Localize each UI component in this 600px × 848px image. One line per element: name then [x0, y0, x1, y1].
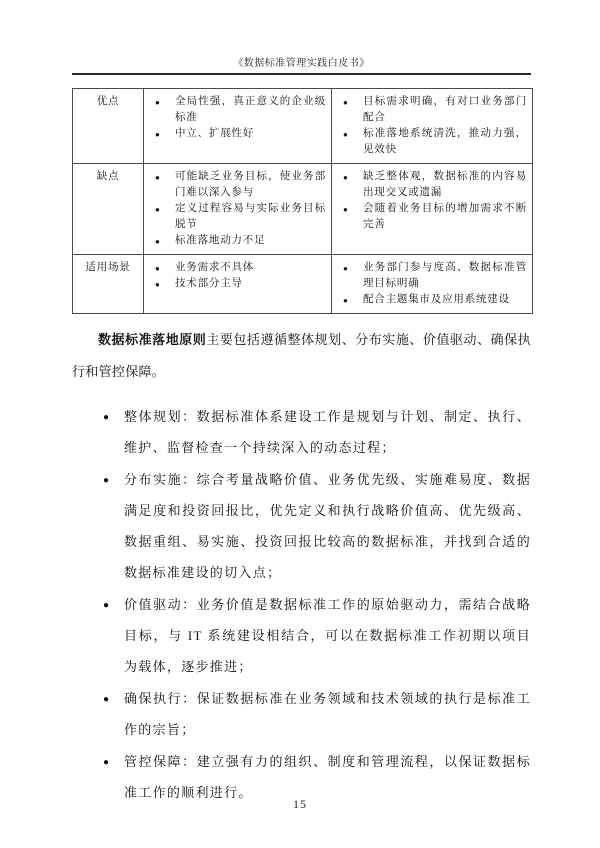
list-item-text: 整体规划：数据标准体系建设工作是规划与计划、制定、执行、维护、监督检查一个持续深… [124, 409, 531, 455]
bullet-icon: ● [155, 234, 160, 250]
intro-paragraph: 数据标准落地原则主要包括遵循整体规划、分布实施、价值驱动、确保执行和管控保障。 [72, 324, 531, 388]
principles-list: ●整体规划：数据标准体系建设工作是规划与计划、制定、执行、维护、监督检查一个持续… [72, 401, 531, 808]
bullet-icon: ● [103, 590, 109, 621]
bullet-item: ●标准落地动力不足 [144, 233, 331, 249]
page-header: 《数据标准管理实践白皮书》 [72, 54, 531, 75]
bullet-text: 技术部分主导 [175, 278, 243, 289]
table-row: 缺点 ●可能缺乏业务目标，使业务部门难以深入参与 ●定义过程容易与实际业务目标脱… [73, 164, 533, 255]
table-cell: ●可能缺乏业务目标，使业务部门难以深入参与 ●定义过程容易与实际业务目标脱节 ●… [144, 164, 332, 255]
bullet-icon: ● [155, 95, 160, 111]
table-row: 优点 ●全局性强，真正意义的企业级标准 ●中立、扩展性好 ●目标需求明确，有对口… [73, 89, 533, 164]
table-cell: ●目标需求明确，有对口业务部门配合 ●标准落地系统清洗，推动力强，见效快 [332, 89, 533, 164]
bullet-icon: ● [103, 684, 109, 715]
list-item: ●价值驱动：业务价值是数据标准工作的原始驱动力，需结合战略目标，与 IT 系统建… [72, 589, 531, 682]
bullet-text: 目标需求明确，有对口业务部门配合 [363, 96, 527, 123]
bullet-icon: ● [343, 202, 348, 218]
list-item-text: 价值驱动：业务价值是数据标准工作的原始驱动力，需结合战略目标，与 IT 系统建设… [124, 597, 531, 674]
bullet-text: 全局性强，真正意义的企业级标准 [175, 96, 326, 123]
bullet-icon: ● [155, 202, 160, 218]
bullet-item: ●目标需求明确，有对口业务部门配合 [332, 94, 532, 126]
table-cell: ●缺乏整体观，数据标准的内容易出现交叉或遗漏 ●会随着业务目标的增加需求不断完善 [332, 164, 533, 255]
bullet-item: ●缺乏整体观，数据标准的内容易出现交叉或遗漏 [332, 169, 532, 201]
bullet-text: 定义过程容易与实际业务目标脱节 [175, 203, 326, 230]
bullet-text: 配合主题集市及应用系统建设 [363, 294, 510, 305]
bullet-item: ●中立、扩展性好 [144, 126, 331, 142]
page-number: 15 [0, 797, 600, 812]
bullet-text: 标准落地动力不足 [175, 235, 265, 246]
bullet-item: ●全局性强，真正意义的企业级标准 [144, 94, 331, 126]
bullet-item: ●业务需求不具体 [144, 260, 331, 276]
bullet-icon: ● [343, 293, 348, 309]
list-item-text: 分布实施：综合考量战略价值、业务优先级、实施难易度、数据满足度和投资回报比，优先… [124, 472, 531, 580]
bullet-icon: ● [343, 95, 348, 111]
bullet-icon: ● [343, 261, 348, 277]
bullet-icon: ● [155, 170, 160, 186]
bullet-icon: ● [103, 465, 109, 496]
document-page: 《数据标准管理实践白皮书》 优点 ●全局性强，真正意义的企业级标准 ●中立、扩展… [0, 0, 600, 848]
bullet-item: ●标准落地系统清洗，推动力强，见效快 [332, 126, 532, 158]
bullet-item: ●配合主题集市及应用系统建设 [332, 292, 532, 308]
bullet-text: 标准落地系统清洗，推动力强，见效快 [363, 128, 527, 155]
bullet-icon: ● [343, 127, 348, 143]
list-item-text: 管控保障：建立强有力的组织、制度和管理流程，以保证数据标准工作的顺利进行。 [124, 754, 531, 800]
bullet-text: 中立、扩展性好 [175, 128, 254, 139]
bullet-text: 业务需求不具体 [175, 262, 254, 273]
comparison-table: 优点 ●全局性强，真正意义的企业级标准 ●中立、扩展性好 ●目标需求明确，有对口… [72, 88, 533, 314]
bullet-text: 会随着业务目标的增加需求不断完善 [363, 203, 527, 230]
row-label: 优点 [73, 89, 144, 164]
table-cell: ●业务部门参与度高、数据标准管理目标明确 ●配合主题集市及应用系统建设 [332, 255, 533, 314]
bullet-item: ●定义过程容易与实际业务目标脱节 [144, 201, 331, 233]
bullet-icon: ● [155, 261, 160, 277]
list-item: ●整体规划：数据标准体系建设工作是规划与计划、制定、执行、维护、监督检查一个持续… [72, 401, 531, 463]
bullet-item: ●可能缺乏业务目标，使业务部门难以深入参与 [144, 169, 331, 201]
list-item: ●分布实施：综合考量战略价值、业务优先级、实施难易度、数据满足度和投资回报比，优… [72, 464, 531, 588]
bullet-item: ●技术部分主导 [144, 276, 331, 292]
table-row: 适用场景 ●业务需求不具体 ●技术部分主导 ●业务部门参与度高、数据标准管理目标… [73, 255, 533, 314]
bullet-item: ●业务部门参与度高、数据标准管理目标明确 [332, 260, 532, 292]
table-cell: ●全局性强，真正意义的企业级标准 ●中立、扩展性好 [144, 89, 332, 164]
bullet-icon: ● [343, 170, 348, 186]
bullet-item: ●会随着业务目标的增加需求不断完善 [332, 201, 532, 233]
bullet-text: 业务部门参与度高、数据标准管理目标明确 [363, 262, 527, 289]
bullet-text: 可能缺乏业务目标，使业务部门难以深入参与 [175, 171, 326, 198]
bullet-icon: ● [155, 127, 160, 143]
list-item: ●确保执行：保证数据标准在业务领域和技术领域的执行是标准工作的宗旨； [72, 683, 531, 745]
bullet-icon: ● [103, 402, 109, 433]
bullet-icon: ● [155, 277, 160, 293]
row-label: 适用场景 [73, 255, 144, 314]
bullet-text: 缺乏整体观，数据标准的内容易出现交叉或遗漏 [363, 171, 527, 198]
bullet-icon: ● [103, 747, 109, 778]
list-item-text: 确保执行：保证数据标准在业务领域和技术领域的执行是标准工作的宗旨； [124, 691, 531, 737]
document-title: 《数据标准管理实践白皮书》 [233, 58, 370, 69]
paragraph-lead: 数据标准落地原则 [98, 332, 206, 347]
row-label: 缺点 [73, 164, 144, 255]
table-cell: ●业务需求不具体 ●技术部分主导 [144, 255, 332, 314]
